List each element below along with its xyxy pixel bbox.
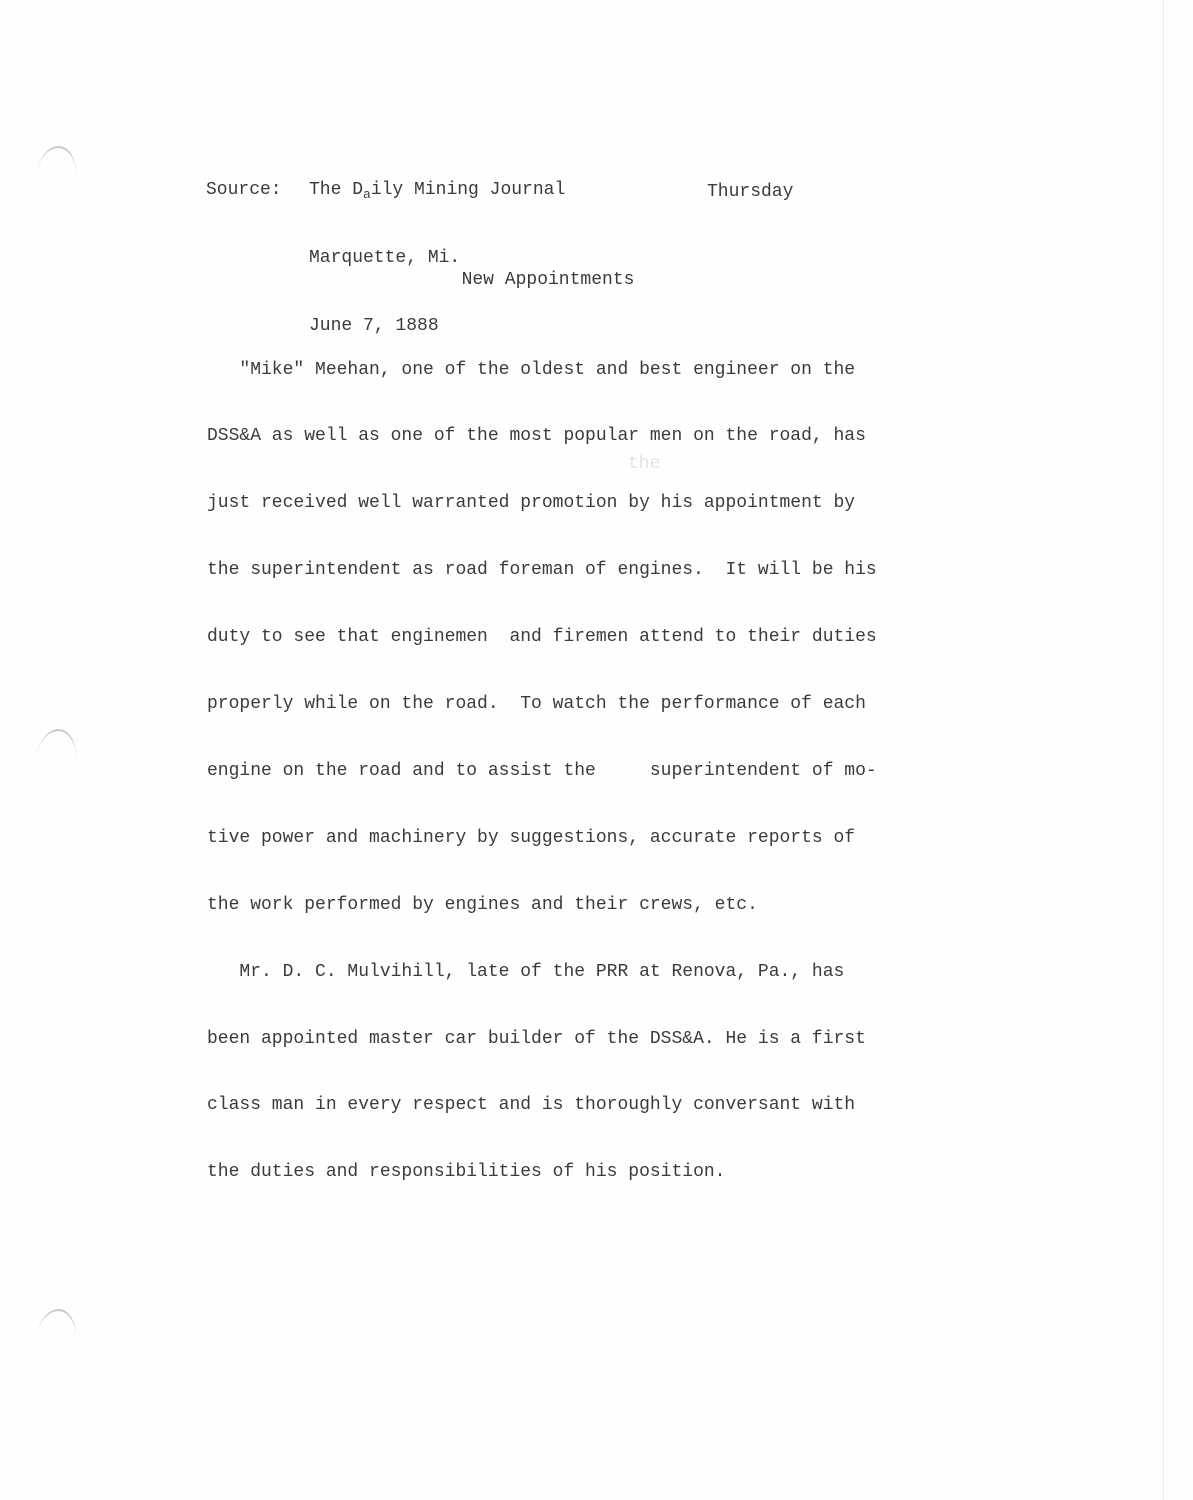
body-line: duty to see that enginemen and firemen a… [207,626,877,648]
hole-punch-mark-top [36,143,80,180]
publication-name-subscript: a [363,187,371,202]
body-line: the superintendent as road foreman of en… [207,559,877,581]
publication-name-prefix: The D [309,180,363,200]
body-line: "Mike" Meehan, one of the oldest and bes… [207,359,877,381]
body-line: Mr. D. C. Mulvihill, late of the PRR at … [207,961,877,983]
body-line: properly while on the road. To watch the… [207,693,877,715]
hole-punch-mark-middle [36,726,80,763]
page-edge-line [1163,0,1164,1500]
publication-name: The Daily Mining Journal [309,179,565,202]
body-line: the duties and responsibilities of his p… [207,1161,877,1183]
body-line: tive power and machinery by suggestions,… [207,827,877,849]
publication-location: Marquette, Mi. [309,247,460,269]
body-line: engine on the road and to assist the sup… [207,760,877,782]
article-body: "Mike" Meehan, one of the oldest and bes… [207,314,877,1228]
body-line: just received well warranted promotion b… [207,492,877,514]
erased-word: the [628,453,660,475]
article-title: New Appointments [0,269,1096,291]
publication-name-suffix: ily Mining Journal [371,180,565,200]
body-line: the work performed by engines and their … [207,894,877,916]
body-line: class man in every respect and is thorou… [207,1094,877,1116]
hole-punch-mark-bottom [36,1306,80,1343]
source-label: Source: [206,179,309,201]
body-line: been appointed master car builder of the… [207,1028,877,1050]
document-page: Source:The Daily Mining Journal Marquett… [0,0,1193,1500]
source-location-row: Marquette, Mi. [206,247,565,271]
body-line: DSS&A as well as one of the most popular… [207,425,877,447]
publication-weekday: Thursday [707,181,793,203]
source-publication-row: Source:The Daily Mining Journal [206,179,565,203]
